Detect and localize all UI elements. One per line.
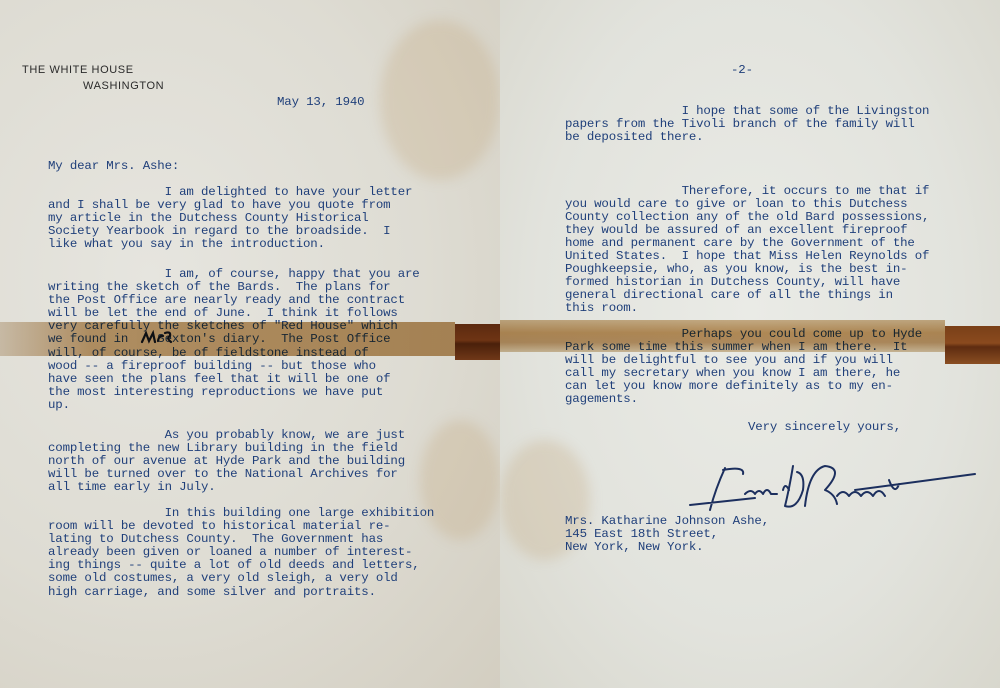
adhesive-tape-left <box>0 322 455 356</box>
paragraph-3: As you probably know, we are just comple… <box>48 429 405 494</box>
paragraph-5: I hope that some of the Livingston paper… <box>565 105 929 144</box>
closing: Very sincerely yours, <box>748 421 901 434</box>
recipient-address: Mrs. Katharine Johnson Ashe, 145 East 18… <box>565 515 769 554</box>
page-number: -2- <box>731 64 753 77</box>
adhesive-tape-right-end <box>945 326 1000 364</box>
paragraph-7: I hope that Miss Helen Reynolds of Pough… <box>565 250 929 315</box>
adhesive-tape-gutter <box>455 324 500 360</box>
signature-fdr <box>685 460 985 520</box>
letter-date: May 13, 1940 <box>277 96 364 109</box>
paragraph-4: In this building one large exhibition ro… <box>48 507 434 599</box>
letterhead-washington: WASHINGTON <box>83 80 164 92</box>
paper-stain <box>380 20 500 180</box>
letterhead-white-house: THE WHITE HOUSE <box>22 64 134 76</box>
paragraph-1: I am delighted to have your letter and I… <box>48 186 412 251</box>
adhesive-tape-right <box>500 320 945 352</box>
salutation: My dear Mrs. Ashe: <box>48 160 179 173</box>
